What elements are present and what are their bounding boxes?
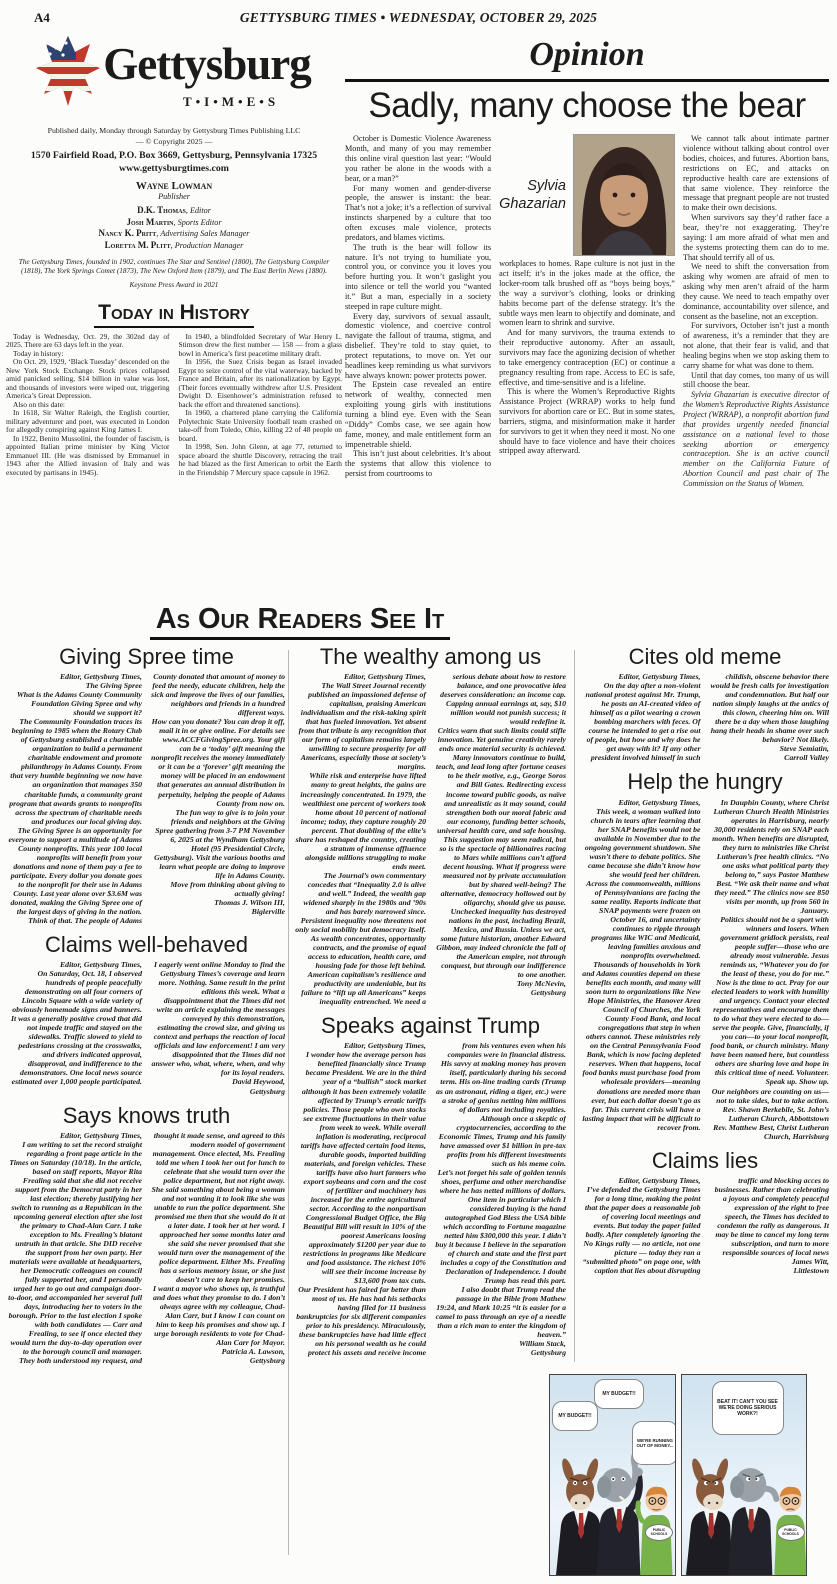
paragraph: Our neighbors are counting on us—not to … bbox=[710, 1087, 830, 1105]
letter-signature: David Heywood, bbox=[151, 1077, 285, 1086]
letter-says-knows-truth: Says knows truth Editor, Gettysburg Time… bbox=[8, 1104, 285, 1366]
today-in-history-heading: Today in History bbox=[6, 301, 342, 328]
logo-subtitle: T•I•M•E•S bbox=[126, 94, 336, 110]
paragraph: The fun way to give is to join your frie… bbox=[151, 808, 285, 880]
paragraph: For survivors, October isn’t just a mont… bbox=[683, 321, 829, 370]
letter-heading: Speaks against Trump bbox=[295, 1014, 566, 1037]
publisher-block: Wayne Lowman Publisher bbox=[6, 180, 342, 201]
letter-signature: William Stack, bbox=[435, 1339, 566, 1348]
letter-heading: Claims lies bbox=[581, 1149, 829, 1172]
speech-bubble: MY BUDGET!! bbox=[594, 1379, 644, 1409]
paragraph: This is where the Women’s Reproductive R… bbox=[499, 387, 675, 456]
opinion-section: Opinion Sadly, many choose the bear Octo… bbox=[345, 36, 829, 489]
paragraph: In 1960, a chartered plane carrying the … bbox=[179, 409, 343, 443]
section-rule bbox=[345, 79, 829, 82]
paragraph: Although once a skeptic of cryptocurrenc… bbox=[435, 1114, 566, 1168]
letter-signature: Gettysburg bbox=[151, 1087, 285, 1096]
letter-heading: The wealthy among us bbox=[295, 645, 566, 668]
shirt-badge: PUBLIC SCHOOLS bbox=[645, 1524, 673, 1541]
letter-signature: James Witt, bbox=[710, 1257, 830, 1266]
paragraph: In 1940, a blindfolded Secretary of War … bbox=[179, 333, 343, 359]
paragraph: Thousands of households in York and Adam… bbox=[581, 960, 701, 1132]
paragraph: I also doubt that Trump read the passage… bbox=[435, 1285, 566, 1339]
letter-salutation: Editor, Gettysburg Times, bbox=[8, 1131, 142, 1140]
address-line: 1570 Fairfield Road, P.O. Box 3669, Gett… bbox=[6, 150, 342, 161]
paragraph: While risk and enterprise have lifted ma… bbox=[295, 771, 426, 870]
article-column-2: Sylvia Ghazarian workplaces to homes. Ra… bbox=[499, 134, 675, 488]
paragraph: Unchecked inequality has destroyed natio… bbox=[435, 907, 566, 979]
letter-signature: Steve Semiatin, bbox=[710, 744, 830, 753]
paragraph: Now is the time to act. Pray for our ele… bbox=[710, 978, 830, 1086]
letter-salutation: Editor, Gettysburg Times, bbox=[8, 672, 142, 681]
paragraph: When survivors say they’d rather face a … bbox=[683, 213, 829, 262]
author-photo bbox=[573, 134, 675, 256]
paragraph: Move from thinking about giving to actua… bbox=[151, 880, 285, 898]
author-bio: Sylvia Ghazarian is executive director o… bbox=[683, 390, 829, 488]
letter-signature: Rev. Shawn Berkebile, St. John’s Luthera… bbox=[710, 1105, 830, 1123]
founding-note: The Gettysburg Times, founded in 1902, c… bbox=[6, 257, 342, 275]
paragraph: Let’s not forget his sale of golden tenn… bbox=[435, 1168, 566, 1285]
author-byline: Sylvia Ghazarian bbox=[499, 177, 573, 213]
letter-heading: Help the hungry bbox=[581, 770, 829, 793]
letter-heading: Claims well-behaved bbox=[8, 933, 285, 956]
cartoon-panel-2: BEAT IT! CAN'T YOU SEE WE'RE DOING SERIO… bbox=[681, 1374, 808, 1576]
paragraph: I eagerly went online Monday to find the… bbox=[151, 960, 285, 1077]
letter-signature: Gettysburg bbox=[151, 1356, 285, 1365]
letter-signature: Littlestown bbox=[710, 1266, 830, 1275]
letter-giving-spree: Giving Spree time Editor, Gettysburg Tim… bbox=[8, 645, 285, 925]
article-column-2-text: workplaces to homes. Rape culture is not… bbox=[499, 259, 675, 456]
paragraph: His savvy at making money has proven its… bbox=[435, 1059, 566, 1113]
paragraph: The Giving Spree bbox=[8, 681, 142, 690]
letter-salutation: Editor, Gettysburg Times, bbox=[295, 1041, 426, 1050]
paragraph: This isn’t just about celebrities. It’s … bbox=[345, 449, 491, 479]
letter-signature: Gettysburg bbox=[435, 1348, 566, 1357]
letter-salutation: Editor, Gettysburg Times, bbox=[581, 672, 701, 681]
paragraph: And for many survivors, the trauma exten… bbox=[499, 328, 675, 387]
edition-line: GETTYSBURG TIMES • WEDNESDAY, OCTOBER 29… bbox=[0, 10, 837, 26]
letter-claims-well-behaved: Claims well-behaved Editor, Gettysburg T… bbox=[8, 933, 285, 1096]
staff-line: Loretta M. PlittProduction Manager bbox=[6, 240, 342, 250]
cartoon-panel-1: MY BUDGET!! MY BUDGET!! WE'RE RUNNING OU… bbox=[549, 1374, 676, 1576]
section-title: Opinion bbox=[345, 36, 829, 73]
paragraph: On Saturday, Oct. 18, I observed hundred… bbox=[8, 969, 142, 1086]
letter-salutation: Editor, Gettysburg Times, bbox=[581, 1176, 701, 1185]
letter-heading: Giving Spree time bbox=[8, 645, 285, 668]
letter-signature: Thomas J. Wilson III, bbox=[151, 898, 285, 907]
paragraph: Across the commonwealth, millions of Pen… bbox=[581, 879, 701, 960]
logo-title: Gettysburg bbox=[78, 38, 336, 90]
editorial-cartoon: MY BUDGET!! MY BUDGET!! WE'RE RUNNING OU… bbox=[549, 1374, 807, 1576]
publisher-name: Wayne Lowman bbox=[6, 180, 342, 192]
letter-salutation: Editor, Gettysburg Times, bbox=[581, 798, 701, 807]
shirt-badge: PUBLIC SCHOOLS bbox=[777, 1524, 805, 1541]
paragraph: This suggestion may seem radical, but so… bbox=[435, 835, 566, 907]
letter-claims-lies: Claims lies Editor, Gettysburg Times, I’… bbox=[581, 1149, 829, 1275]
newspaper-logo: Gettysburg T•I•M•E•S bbox=[6, 32, 342, 124]
paragraph: In 1618, Sir Walter Raleigh, the English… bbox=[6, 409, 170, 435]
letter-salutation: Editor, Gettysburg Times, bbox=[295, 672, 426, 681]
column-rule bbox=[574, 650, 575, 1362]
publisher-title: Publisher bbox=[6, 192, 342, 201]
opinion-headline: Sadly, many choose the bear bbox=[345, 86, 829, 126]
letters-column-left: Giving Spree time Editor, Gettysburg Tim… bbox=[8, 645, 285, 1365]
paragraph: The Journal’s own commentary concedes th… bbox=[295, 871, 426, 970]
paragraph: In 1922, Benito Mussolini, the founder o… bbox=[6, 435, 170, 478]
letter-signature: Gettysburg bbox=[435, 988, 566, 997]
letter-signature: Patricia A. Lawson, bbox=[151, 1347, 285, 1356]
website-url: www.gettysburgtimes.com bbox=[6, 163, 342, 174]
byline-row: Sylvia Ghazarian bbox=[499, 134, 675, 256]
paragraph: I wonder how the average person has bene… bbox=[295, 1050, 426, 1285]
paragraph: We cannot talk about intimate partner vi… bbox=[683, 134, 829, 213]
letter-heading: Cites old meme bbox=[581, 645, 829, 668]
today-in-history-body: Today is Wednesday, Oct. 29, the 302nd d… bbox=[6, 333, 342, 621]
paragraph: Until that day comes, too many of us wil… bbox=[683, 371, 829, 391]
letter-speaks-against-trump: Speaks against Trump Editor, Gettysburg … bbox=[295, 1014, 566, 1357]
staff-line: Nancy K. PrittAdvertising Sales Manager bbox=[6, 228, 342, 238]
paragraph: I want a mayor who shows up, is truthful… bbox=[151, 1284, 285, 1347]
paragraph: Critics warn that such limits could stif… bbox=[435, 726, 566, 834]
paragraph: This week, a woman walked into church in… bbox=[581, 807, 701, 879]
paragraph: workplaces to homes. Rape culture is not… bbox=[499, 259, 675, 328]
article-column-3: We cannot talk about intimate partner vi… bbox=[683, 134, 829, 488]
paragraph: What is the Adams County Community Found… bbox=[8, 690, 142, 717]
paragraph: Today is Wednesday, Oct. 29, the 302nd d… bbox=[6, 333, 170, 350]
today-in-history: Today in History Today is Wednesday, Oct… bbox=[6, 301, 342, 621]
copyright-line: — © Copyright 2025 — bbox=[6, 137, 342, 146]
paragraph: Politics should not be a sport with winn… bbox=[710, 915, 830, 978]
paragraph: The truth is the bear will follow its na… bbox=[345, 243, 491, 312]
paragraph: In Dauphin County, where Christ Lutheran… bbox=[710, 798, 830, 915]
paragraph: The Epstein case revealed an entire netw… bbox=[345, 380, 491, 449]
paragraph: In 1956, the Suez Crisis began as Israel… bbox=[179, 358, 343, 409]
masthead: Gettysburg T•I•M•E•S Published daily, Mo… bbox=[6, 32, 342, 621]
paragraph: In 1998, Sen. John Glenn, at age 77, ret… bbox=[179, 443, 343, 477]
speech-bubble: WE'RE RUNNING OUT OF MONEY... bbox=[632, 1421, 676, 1465]
paragraph: For many women and gender-diverse people… bbox=[345, 184, 491, 243]
award-note: Keystone Press Award in 2021 bbox=[6, 280, 342, 289]
readers-section-heading: As Our Readers See It bbox=[10, 603, 590, 640]
letter-wealthy-among-us: The wealthy among us Editor, Gettysburg … bbox=[295, 645, 566, 1006]
speech-bubble: BEAT IT! CAN'T YOU SEE WE'RE DOING SERIO… bbox=[712, 1381, 784, 1435]
paragraph: How can you donate? You can drop it off,… bbox=[151, 717, 285, 807]
paragraph: We need to shift the conversation from a… bbox=[683, 262, 829, 321]
letter-signature: Tony McNevin, bbox=[435, 979, 566, 988]
speech-bubble: MY BUDGET!! bbox=[552, 1401, 598, 1431]
letters-column-right: Cites old meme Editor, Gettysburg Times,… bbox=[581, 645, 829, 1275]
letter-cites-old-meme: Cites old meme Editor, Gettysburg Times,… bbox=[581, 645, 829, 762]
letter-signature: Carroll Valley bbox=[710, 753, 830, 762]
published-line: Published daily, Monday through Saturday… bbox=[6, 126, 342, 135]
letter-help-the-hungry: Help the hungry Editor, Gettysburg Times… bbox=[581, 770, 829, 1140]
letter-signature: Rev. Matthew Best, Christ Lutheran Churc… bbox=[710, 1123, 830, 1141]
letter-signature: Biglerville bbox=[151, 907, 285, 916]
paragraph: On Oct. 29, 1929, ‘Black Tuesday’ descen… bbox=[6, 358, 170, 401]
paragraph: The Community Foundation traces its begi… bbox=[8, 717, 142, 825]
paragraph: The Wall Street Journal recently publish… bbox=[295, 681, 426, 771]
column-rule bbox=[288, 650, 289, 1555]
newspaper-page: A4 GETTYSBURG TIMES • WEDNESDAY, OCTOBER… bbox=[0, 0, 837, 1584]
letter-salutation: Editor, Gettysburg Times, bbox=[8, 960, 142, 969]
letters-column-middle: The wealthy among us Editor, Gettysburg … bbox=[295, 645, 566, 1357]
paragraph: Every day, survivors of sexual assault, … bbox=[345, 312, 491, 381]
opinion-article: October is Domestic Violence Awareness M… bbox=[345, 134, 829, 488]
paragraph: October is Domestic Violence Awareness M… bbox=[345, 134, 491, 183]
letter-heading: Says knows truth bbox=[8, 1104, 285, 1127]
article-column-1: October is Domestic Violence Awareness M… bbox=[345, 134, 491, 488]
staff-line: Josh MartinSports Editor bbox=[6, 217, 342, 227]
staff-line: D.K. ThomasEditor bbox=[6, 205, 342, 215]
